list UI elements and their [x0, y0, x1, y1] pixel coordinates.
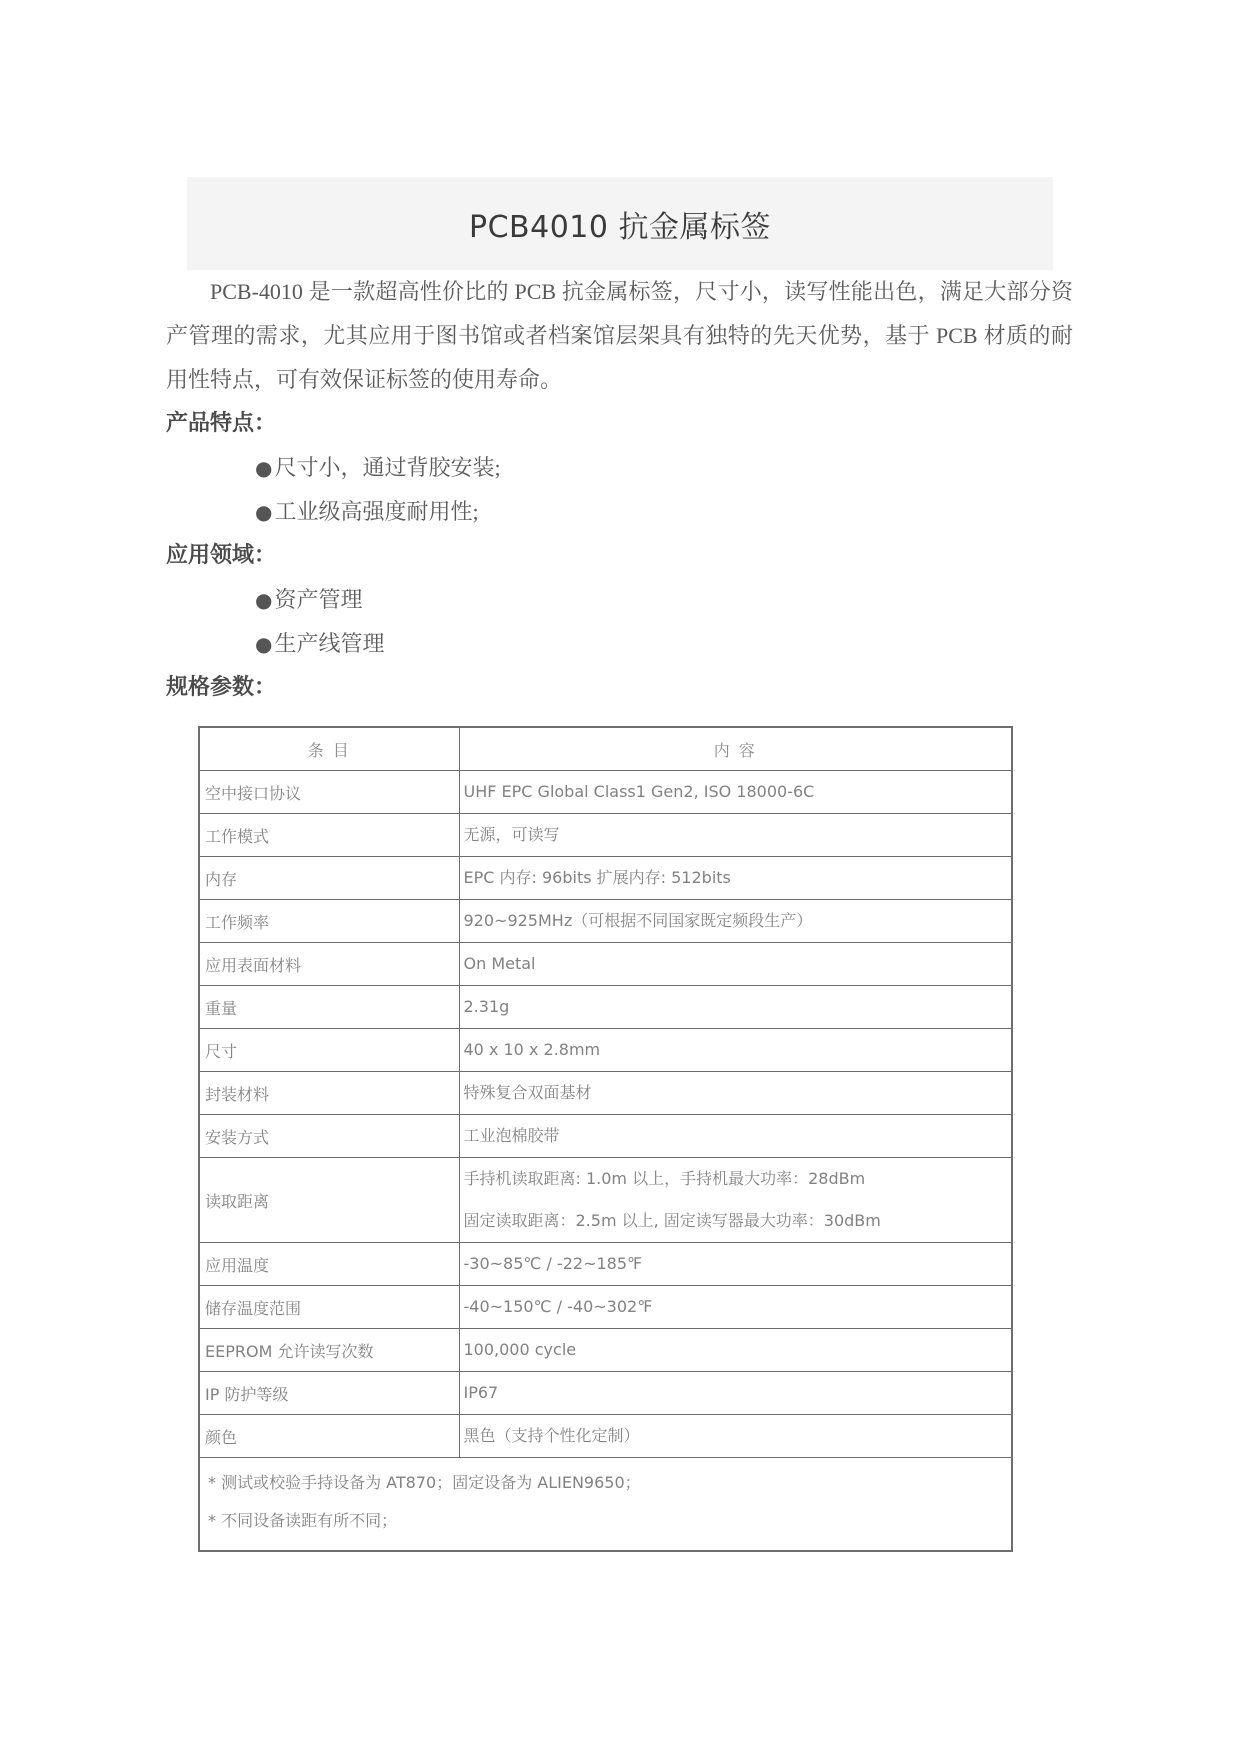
- spec-content-cell: 100,000 cycle: [459, 1329, 1012, 1372]
- bullet-icon: ●: [255, 632, 272, 656]
- spec-content-cell: 920~925MHz（可根据不同国家既定频段生产）: [459, 900, 1012, 943]
- spec-item-cell: 储存温度范围: [199, 1286, 459, 1329]
- spec-item-cell: 应用表面材料: [199, 943, 459, 986]
- spec-content-line: 无源，可读写: [464, 814, 1008, 856]
- specs-table: 条 目 内 容 空中接口协议UHF EPC Global Class1 Gen2…: [198, 726, 1013, 1552]
- spec-content-cell: 无源，可读写: [459, 814, 1012, 857]
- table-row: 颜色黑色（支持个性化定制）: [199, 1415, 1012, 1458]
- footnote-line: * 不同设备读距有所不同；: [208, 1502, 1003, 1540]
- table-row: 工作频率920~925MHz（可根据不同国家既定频段生产）: [199, 900, 1012, 943]
- title-banner: PCB4010 抗金属标签: [187, 177, 1053, 270]
- spec-content-line: 40 x 10 x 2.8mm: [464, 1029, 1008, 1071]
- spec-content-cell: 黑色（支持个性化定制）: [459, 1415, 1012, 1458]
- bullet-icon: ●: [255, 588, 272, 612]
- spec-item-cell: 读取距离: [199, 1158, 459, 1243]
- spec-item-cell: 重量: [199, 986, 459, 1029]
- specs-table-header-row: 条 目 内 容: [199, 727, 1012, 771]
- list-item: ●生产线管理: [166, 622, 1073, 666]
- table-row: 重量2.31g: [199, 986, 1012, 1029]
- spec-content-line: IP67: [464, 1372, 1008, 1414]
- spec-item-cell: 工作频率: [199, 900, 459, 943]
- spec-content-line: 特殊复合双面基材: [464, 1072, 1008, 1114]
- bullet-icon: ●: [255, 500, 272, 524]
- spec-item-cell: 应用温度: [199, 1243, 459, 1286]
- spec-content-line: 2.31g: [464, 986, 1008, 1028]
- spec-content-line: 固定读取距离：2.5m 以上, 固定读写器最大功率：30dBm: [464, 1200, 1008, 1242]
- table-footnote-row: * 测试或校验手持设备为 AT870；固定设备为 ALIEN9650；* 不同设…: [199, 1458, 1012, 1552]
- column-header-content: 内 容: [459, 727, 1012, 771]
- list-item-label: 尺寸小，通过背胶安装;: [274, 455, 500, 480]
- table-row: 空中接口协议UHF EPC Global Class1 Gen2, ISO 18…: [199, 771, 1012, 814]
- table-row: 内存EPC 内存: 96bits 扩展内存: 512bits: [199, 857, 1012, 900]
- spec-item-cell: 安装方式: [199, 1115, 459, 1158]
- spec-content-line: 100,000 cycle: [464, 1329, 1008, 1371]
- footnote-cell: * 测试或校验手持设备为 AT870；固定设备为 ALIEN9650；* 不同设…: [199, 1458, 1012, 1552]
- spec-content-cell: 工业泡棉胶带: [459, 1115, 1012, 1158]
- spec-content-line: 920~925MHz（可根据不同国家既定频段生产）: [464, 900, 1008, 942]
- section-heading-specs: 规格参数：: [166, 666, 1073, 710]
- spec-content-line: On Metal: [464, 943, 1008, 985]
- footnote-line: * 测试或校验手持设备为 AT870；固定设备为 ALIEN9650；: [208, 1464, 1003, 1502]
- spec-content-line: -30~85℃ / -22~185℉: [464, 1243, 1008, 1285]
- section-heading-applications: 应用领域：: [166, 534, 1073, 578]
- spec-content-line: 手持机读取距离: 1.0m 以上，手持机最大功率：28dBm: [464, 1158, 1008, 1200]
- spec-content-cell: -30~85℃ / -22~185℉: [459, 1243, 1012, 1286]
- document-body: PCB-4010 是一款超高性价比的 PCB 抗金属标签，尺寸小，读写性能出色，…: [166, 270, 1073, 710]
- spec-item-cell: 尺寸: [199, 1029, 459, 1072]
- spec-content-cell: 40 x 10 x 2.8mm: [459, 1029, 1012, 1072]
- spec-content-line: 黑色（支持个性化定制）: [464, 1415, 1008, 1457]
- spec-item-cell: 空中接口协议: [199, 771, 459, 814]
- list-item: ●资产管理: [166, 578, 1073, 622]
- list-item: ●尺寸小，通过背胶安装;: [166, 446, 1073, 490]
- table-row: 储存温度范围-40~150℃ / -40~302℉: [199, 1286, 1012, 1329]
- section-heading-features: 产品特点：: [166, 402, 1073, 446]
- features-list: ●尺寸小，通过背胶安装;●工业级高强度耐用性;: [166, 446, 1073, 534]
- intro-paragraph: PCB-4010 是一款超高性价比的 PCB 抗金属标签，尺寸小，读写性能出色，…: [166, 270, 1073, 402]
- table-row: 应用表面材料On Metal: [199, 943, 1012, 986]
- spec-content-cell: IP67: [459, 1372, 1012, 1415]
- spec-item-cell: 颜色: [199, 1415, 459, 1458]
- spec-content-cell: -40~150℃ / -40~302℉: [459, 1286, 1012, 1329]
- spec-item-cell: 工作模式: [199, 814, 459, 857]
- list-item-label: 工业级高强度耐用性;: [274, 499, 478, 524]
- list-item-label: 资产管理: [274, 587, 362, 612]
- list-item: ●工业级高强度耐用性;: [166, 490, 1073, 534]
- spec-content-cell: 2.31g: [459, 986, 1012, 1029]
- table-row: EEPROM 允许读写次数100,000 cycle: [199, 1329, 1012, 1372]
- spec-content-cell: On Metal: [459, 943, 1012, 986]
- bullet-icon: ●: [255, 456, 272, 480]
- table-row: IP 防护等级IP67: [199, 1372, 1012, 1415]
- list-item-label: 生产线管理: [274, 631, 384, 656]
- spec-content-cell: UHF EPC Global Class1 Gen2, ISO 18000-6C: [459, 771, 1012, 814]
- spec-item-cell: 封装材料: [199, 1072, 459, 1115]
- spec-content-line: EPC 内存: 96bits 扩展内存: 512bits: [464, 857, 1008, 899]
- table-row: 读取距离手持机读取距离: 1.0m 以上，手持机最大功率：28dBm固定读取距离…: [199, 1158, 1012, 1243]
- spec-item-cell: EEPROM 允许读写次数: [199, 1329, 459, 1372]
- spec-content-line: -40~150℃ / -40~302℉: [464, 1286, 1008, 1328]
- page-title: PCB4010 抗金属标签: [469, 202, 771, 246]
- spec-content-cell: 手持机读取距离: 1.0m 以上，手持机最大功率：28dBm固定读取距离：2.5…: [459, 1158, 1012, 1243]
- spec-item-cell: IP 防护等级: [199, 1372, 459, 1415]
- table-row: 安装方式工业泡棉胶带: [199, 1115, 1012, 1158]
- spec-content-cell: 特殊复合双面基材: [459, 1072, 1012, 1115]
- applications-list: ●资产管理●生产线管理: [166, 578, 1073, 666]
- table-row: 封装材料特殊复合双面基材: [199, 1072, 1012, 1115]
- table-row: 应用温度-30~85℃ / -22~185℉: [199, 1243, 1012, 1286]
- table-row: 工作模式无源，可读写: [199, 814, 1012, 857]
- document-page: PCB4010 抗金属标签 PCB-4010 是一款超高性价比的 PCB 抗金属…: [0, 0, 1240, 1754]
- spec-content-line: 工业泡棉胶带: [464, 1115, 1008, 1157]
- spec-content-line: UHF EPC Global Class1 Gen2, ISO 18000-6C: [464, 771, 1008, 813]
- column-header-item: 条 目: [199, 727, 459, 771]
- spec-content-cell: EPC 内存: 96bits 扩展内存: 512bits: [459, 857, 1012, 900]
- spec-item-cell: 内存: [199, 857, 459, 900]
- table-row: 尺寸40 x 10 x 2.8mm: [199, 1029, 1012, 1072]
